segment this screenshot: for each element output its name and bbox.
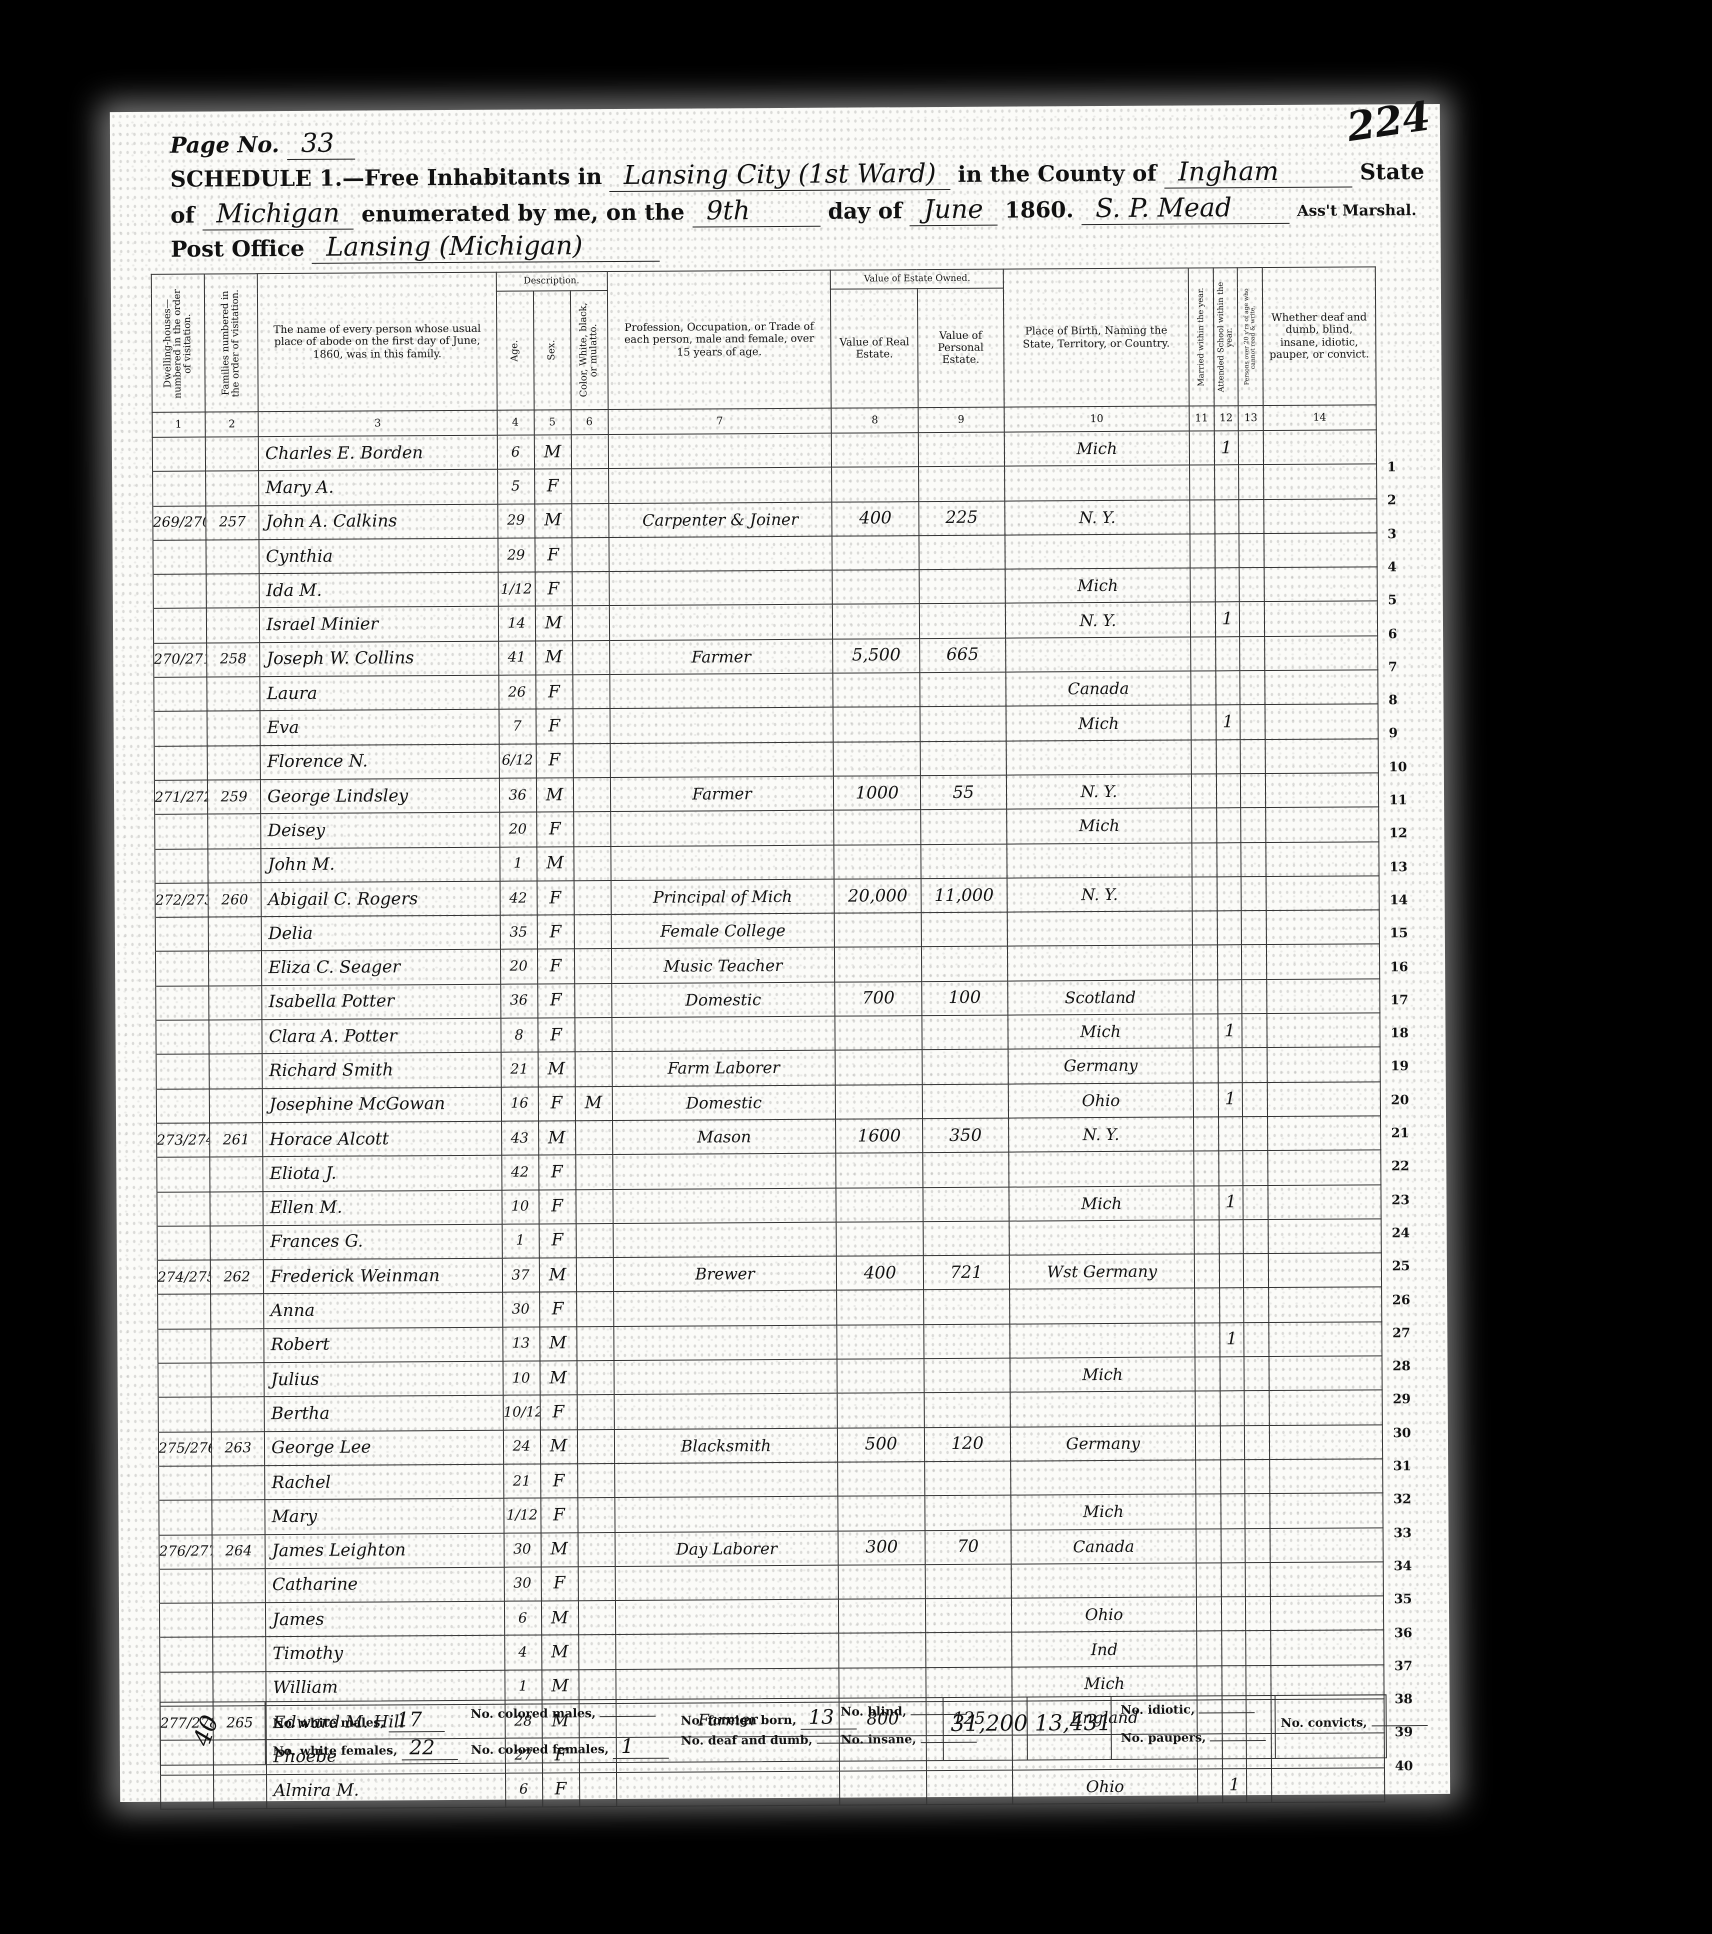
right-line-number: 40 — [1395, 1759, 1413, 1774]
real-estate-value — [837, 1290, 923, 1325]
occupation — [608, 467, 832, 503]
dwelling-number — [157, 1294, 211, 1329]
family-number — [209, 1088, 263, 1123]
birthplace: Mich — [1006, 705, 1191, 740]
occupation — [613, 1291, 837, 1327]
condition — [1267, 1047, 1380, 1082]
dwelling-number — [158, 1466, 212, 1501]
condition — [1264, 498, 1377, 533]
dwelling-number — [158, 1500, 212, 1535]
paupers-count — [1210, 1740, 1266, 1741]
dwelling-number — [160, 1775, 214, 1810]
family-number — [212, 1466, 266, 1501]
color — [573, 778, 610, 813]
estate-header: Value of Estate Owned. — [831, 269, 1004, 289]
married-flag — [1194, 1220, 1219, 1254]
colored-females-count: 1 — [613, 1734, 669, 1759]
state-field: Michigan — [202, 199, 354, 231]
color — [576, 1258, 613, 1293]
color — [573, 812, 610, 847]
illiterate-flag — [1241, 774, 1266, 808]
color — [575, 1155, 612, 1190]
married-flag — [1195, 1391, 1220, 1425]
birthplace: N. Y. — [1009, 1117, 1194, 1152]
age: 36 — [499, 778, 536, 813]
birthplace — [1006, 740, 1191, 775]
school-flag — [1214, 465, 1239, 499]
right-line-number: 33 — [1394, 1526, 1412, 1541]
occupation: Farmer — [609, 639, 833, 675]
family-number — [213, 1637, 267, 1672]
occupation — [612, 1188, 836, 1224]
col11-header: Married within the year. — [1188, 268, 1213, 406]
personal-estate-value — [921, 947, 1007, 982]
color — [573, 743, 610, 778]
personal-estate-value: 225 — [918, 501, 1004, 536]
real-estate-value: 1000 — [834, 776, 920, 811]
personal-estate-value — [920, 706, 1006, 741]
sex: F — [536, 812, 573, 847]
married-flag — [1194, 1185, 1219, 1219]
sex: F — [539, 1189, 576, 1224]
sex: M — [541, 1601, 578, 1636]
right-line-number: 10 — [1389, 760, 1407, 775]
family-number — [206, 574, 260, 609]
person-name: Eliota J. — [263, 1155, 502, 1191]
condition — [1265, 773, 1378, 808]
col6-header: Color, White, black, or mulatto. — [570, 291, 608, 410]
married-flag — [1192, 808, 1217, 842]
real-estate-value — [835, 1016, 921, 1051]
age: 43 — [501, 1121, 538, 1156]
person-name: Delia — [262, 915, 501, 951]
color — [575, 1120, 612, 1155]
occupation — [613, 1222, 837, 1258]
age: 10 — [503, 1361, 540, 1396]
illiterate-flag — [1241, 808, 1266, 842]
white-females-count: 22 — [401, 1735, 457, 1760]
family-number — [206, 608, 260, 643]
condition — [1271, 1630, 1384, 1665]
col8-header: Value of Real Estate. — [831, 289, 918, 409]
real-estate-value: 5,500 — [833, 638, 919, 673]
condition — [1270, 1527, 1383, 1562]
illiterate-flag — [1245, 1528, 1270, 1562]
illiterate-flag — [1239, 499, 1264, 533]
birthplace: N. Y. — [1005, 602, 1190, 637]
school-flag — [1221, 1562, 1246, 1596]
color — [576, 1326, 613, 1361]
married-flag — [1189, 465, 1214, 499]
idiotic-count — [1199, 1712, 1255, 1713]
age: 1 — [502, 1224, 539, 1259]
right-line-number: 13 — [1389, 860, 1407, 875]
real-estate-value: 400 — [832, 501, 918, 536]
dwelling-number — [156, 1054, 210, 1089]
sex: M — [540, 1361, 577, 1396]
married-flag — [1192, 911, 1217, 945]
sex: F — [537, 949, 574, 984]
sex: F — [539, 1224, 576, 1259]
family-number: 260 — [208, 883, 262, 918]
right-line-number: 30 — [1393, 1426, 1411, 1441]
married-flag — [1194, 1151, 1219, 1185]
real-estate-value — [837, 1221, 923, 1256]
person-name: Deisey — [261, 812, 500, 848]
age: 37 — [502, 1258, 539, 1293]
right-line-number: 32 — [1393, 1492, 1411, 1507]
age: 5 — [497, 469, 534, 504]
color — [578, 1601, 615, 1636]
school-flag — [1216, 842, 1241, 876]
school-flag — [1215, 671, 1240, 705]
married-flag — [1196, 1528, 1221, 1562]
personal-estate-value — [919, 604, 1005, 639]
description-header: Description. — [496, 272, 607, 292]
person-name: Joseph W. Collins — [260, 641, 499, 677]
occupation — [616, 1771, 840, 1807]
school-flag — [1215, 534, 1240, 568]
family-number — [211, 1363, 265, 1398]
condition — [1265, 807, 1378, 842]
right-line-number: 25 — [1392, 1259, 1410, 1274]
dwelling-number — [156, 1192, 210, 1227]
month-field: June — [910, 195, 998, 227]
school-flag: 1 — [1222, 1768, 1247, 1802]
person-name: Rachel — [265, 1464, 504, 1500]
col7-header: Profession, Occupation, or Trade of each… — [607, 270, 832, 409]
personal-estate-value: 100 — [921, 981, 1007, 1016]
real-estate-value: 1600 — [836, 1119, 922, 1154]
school-flag: 1 — [1217, 1014, 1242, 1048]
illiterate-flag — [1240, 705, 1265, 739]
real-estate-value — [833, 673, 919, 708]
condition — [1266, 944, 1379, 979]
school-flag — [1217, 911, 1242, 945]
married-flag — [1191, 637, 1216, 671]
sex: F — [536, 709, 573, 744]
illiterate-flag — [1241, 876, 1266, 910]
dwelling-number: 270/271 — [153, 643, 207, 678]
right-line-number: 7 — [1388, 660, 1397, 675]
personal-estate-value: 665 — [919, 638, 1005, 673]
occupation — [610, 708, 834, 744]
person-name: Ida M. — [259, 572, 498, 608]
right-line-number: 38 — [1395, 1692, 1413, 1707]
birthplace — [1010, 1391, 1195, 1426]
age: 24 — [503, 1430, 540, 1465]
right-line-number: 34 — [1394, 1559, 1412, 1574]
age: 35 — [500, 915, 537, 950]
age: 42 — [501, 1155, 538, 1190]
dwelling-number — [152, 471, 206, 506]
dwelling-number: 271/272 — [154, 780, 208, 815]
occupation: Day Laborer — [615, 1531, 839, 1567]
occupation — [615, 1565, 839, 1601]
right-line-number: 17 — [1390, 993, 1408, 1008]
condition — [1269, 1459, 1382, 1494]
married-flag — [1192, 842, 1217, 876]
family-number — [207, 711, 261, 746]
illiterate-flag — [1239, 533, 1264, 567]
family-number — [210, 1294, 264, 1329]
condition — [1268, 1150, 1381, 1185]
header-row: Dwelling-houses—numbered in the order of… — [151, 267, 1376, 293]
school-flag: 1 — [1219, 1322, 1244, 1356]
family-number — [208, 814, 262, 849]
person-name: Cynthia — [259, 538, 498, 574]
birthplace — [1005, 465, 1190, 500]
dwelling-number — [155, 1020, 209, 1055]
age: 6 — [504, 1601, 541, 1636]
sex: M — [539, 1326, 576, 1361]
school-flag — [1216, 774, 1241, 808]
occupation — [614, 1393, 838, 1429]
married-flag — [1196, 1563, 1221, 1597]
illiterate-flag — [1243, 1082, 1268, 1116]
person-name: Clara A. Potter — [262, 1018, 501, 1054]
real-estate-value — [839, 1564, 925, 1599]
marshal-signature: S. P. Mead — [1081, 193, 1289, 225]
birthplace — [1009, 1151, 1194, 1186]
married-flag — [1193, 1082, 1218, 1116]
person-name: James — [266, 1601, 505, 1637]
family-number — [207, 745, 261, 780]
right-line-number: 29 — [1393, 1393, 1411, 1408]
color — [578, 1635, 615, 1670]
sex: M — [534, 435, 571, 470]
married-flag — [1196, 1597, 1221, 1631]
married-flag — [1193, 1014, 1218, 1048]
school-flag — [1217, 877, 1242, 911]
personal-estate-value — [922, 1049, 1008, 1084]
condition — [1268, 1184, 1381, 1219]
school-flag — [1218, 1048, 1243, 1082]
school-flag — [1215, 568, 1240, 602]
right-line-number: 14 — [1390, 893, 1408, 908]
col13-header: Persons over 20 y'rs of age who cannot r… — [1238, 268, 1263, 406]
sex: F — [535, 538, 572, 573]
col1-header: Dwelling-houses—numbered in the order of… — [151, 274, 205, 412]
sex: M — [535, 641, 572, 676]
married-flag — [1194, 1288, 1219, 1322]
occupation: Mason — [612, 1119, 836, 1155]
dwelling-number: 272/273 — [155, 883, 209, 918]
school-flag — [1216, 808, 1241, 842]
dwelling-number — [153, 608, 207, 643]
age: 14 — [498, 606, 535, 641]
married-flag — [1197, 1631, 1222, 1665]
real-estate-value — [838, 1496, 924, 1531]
birthplace: Canada — [1011, 1528, 1196, 1563]
illiterate-flag — [1246, 1631, 1271, 1665]
illiterate-flag — [1240, 636, 1265, 670]
color — [571, 503, 608, 538]
school-flag: 1 — [1218, 1082, 1243, 1116]
real-estate-value — [837, 1324, 923, 1359]
dwelling-number: 275/276 — [158, 1432, 212, 1467]
right-line-number: 20 — [1391, 1093, 1409, 1108]
age: 30 — [504, 1567, 541, 1602]
census-page: 224 Page No. 33 SCHEDULE 1.—Free Inhabit… — [110, 104, 1450, 1802]
illiterate-flag — [1244, 1254, 1269, 1288]
birthplace: Mich — [1010, 1357, 1195, 1392]
family-number — [209, 1020, 263, 1055]
condition — [1265, 670, 1378, 705]
birthplace: Canada — [1006, 671, 1191, 706]
real-estate-value — [836, 1050, 922, 1085]
occupation — [609, 605, 833, 641]
illiterate-flag — [1240, 602, 1265, 636]
sex: F — [538, 1155, 575, 1190]
dwelling-number — [154, 814, 208, 849]
family-number — [213, 1774, 267, 1809]
right-line-number: 24 — [1392, 1226, 1410, 1241]
person-name: Florence N. — [261, 744, 500, 780]
county-field: Ingham — [1164, 156, 1352, 188]
right-line-number: 23 — [1391, 1193, 1409, 1208]
right-line-number: 3 — [1387, 527, 1396, 542]
personal-estate-value: 11,000 — [921, 878, 1007, 913]
person-name: Horace Alcott — [263, 1121, 502, 1157]
real-estate-value — [836, 1187, 922, 1222]
real-estate-value — [838, 1462, 924, 1497]
real-estate-value — [836, 1084, 922, 1119]
convicts-count — [1371, 1725, 1427, 1726]
dwelling-number — [157, 1329, 211, 1364]
right-line-number: 18 — [1390, 1026, 1408, 1041]
age: 42 — [500, 881, 537, 916]
married-flag — [1191, 740, 1216, 774]
real-estate-value — [834, 844, 920, 879]
stamp-number: 224 — [1343, 92, 1432, 151]
sex: F — [536, 743, 573, 778]
person-name: John A. Calkins — [259, 504, 498, 540]
married-flag — [1192, 945, 1217, 979]
married-flag — [1193, 1117, 1218, 1151]
real-estate-value: 400 — [837, 1256, 923, 1291]
census-table: Dwelling-houses—numbered in the order of… — [151, 266, 1385, 1809]
illiterate-flag — [1239, 568, 1264, 602]
school-flag — [1219, 1288, 1244, 1322]
page-number: 33 — [287, 129, 355, 160]
age: 20 — [499, 812, 536, 847]
personal-estate-value — [925, 1598, 1011, 1633]
person-name: Isabella Potter — [262, 984, 501, 1020]
family-number: 261 — [209, 1123, 263, 1158]
dwelling-number — [152, 437, 206, 472]
birthplace: Mich — [1005, 568, 1190, 603]
personal-estate-value: 721 — [923, 1255, 1009, 1290]
school-flag — [1215, 636, 1240, 670]
personal-estate-value: 350 — [922, 1118, 1008, 1153]
personal-estate-value — [925, 1632, 1011, 1667]
sex: F — [534, 469, 571, 504]
right-line-number: 15 — [1390, 926, 1408, 941]
person-name: Julius — [264, 1361, 503, 1397]
occupation: Domestic — [611, 982, 835, 1018]
family-number — [208, 848, 262, 883]
sex: M — [535, 606, 572, 641]
person-name: Frederick Weinman — [264, 1258, 503, 1294]
dwelling-number — [154, 746, 208, 781]
birthplace: Ohio — [1011, 1597, 1196, 1632]
occupation: Brewer — [613, 1256, 837, 1292]
occupation — [613, 1325, 837, 1361]
dwelling-number — [155, 917, 209, 952]
school-flag — [1219, 1254, 1244, 1288]
age: 41 — [498, 641, 535, 676]
age: 6 — [505, 1773, 542, 1808]
dwelling-number — [159, 1603, 213, 1638]
condition — [1264, 636, 1377, 671]
right-line-number: 26 — [1392, 1293, 1410, 1308]
occupation: Farm Laborer — [612, 1051, 836, 1087]
married-flag — [1190, 568, 1215, 602]
color — [578, 1532, 615, 1567]
married-flag — [1193, 980, 1218, 1014]
color — [574, 880, 611, 915]
color: M — [575, 1086, 612, 1121]
birthplace: Ind — [1012, 1631, 1197, 1666]
real-estate-value — [833, 570, 919, 605]
real-estate-value — [836, 1153, 922, 1188]
family-number: 259 — [207, 780, 261, 815]
sex: M — [534, 503, 571, 538]
age: 26 — [498, 675, 535, 710]
school-flag: 1 — [1216, 705, 1241, 739]
age: 30 — [504, 1532, 541, 1567]
sex: M — [538, 1052, 575, 1087]
real-estate-value — [833, 604, 919, 639]
real-estate-value — [835, 913, 921, 948]
person-name: Mary A. — [259, 470, 498, 506]
dwelling-number: 273/274 — [156, 1123, 210, 1158]
personal-estate-value — [920, 809, 1006, 844]
condition — [1267, 1013, 1380, 1048]
occupation: Principal of Mich — [611, 879, 835, 915]
schedule-line: SCHEDULE 1.—Free Inhabitants in Lansing … — [170, 156, 1424, 195]
married-flag — [1189, 431, 1214, 465]
day-field: 9th — [692, 196, 820, 228]
right-line-number: 6 — [1388, 627, 1397, 642]
person-name: Ellen M. — [263, 1190, 502, 1226]
sex: F — [539, 1292, 576, 1327]
married-flag — [1196, 1460, 1221, 1494]
dwelling-number — [156, 1089, 210, 1124]
dwelling-number — [152, 540, 206, 575]
age: 7 — [499, 709, 536, 744]
person-name: George Lindsley — [261, 778, 500, 814]
family-number — [210, 1191, 264, 1226]
dwelling-number — [153, 574, 207, 609]
color — [573, 709, 610, 744]
birthplace — [1011, 1563, 1196, 1598]
right-line-number: 11 — [1389, 793, 1407, 808]
personal-estate-value — [924, 1461, 1010, 1496]
color — [576, 1292, 613, 1327]
school-flag — [1220, 1425, 1245, 1459]
occupation: Female College — [611, 913, 835, 949]
right-line-number: 27 — [1392, 1326, 1410, 1341]
sex: F — [537, 915, 574, 950]
family-number — [210, 1225, 264, 1260]
dwelling-number — [153, 677, 207, 712]
occupation: Farmer — [610, 776, 834, 812]
real-estate-value — [833, 707, 919, 742]
real-estate-value: 700 — [835, 981, 921, 1016]
color — [576, 1223, 613, 1258]
